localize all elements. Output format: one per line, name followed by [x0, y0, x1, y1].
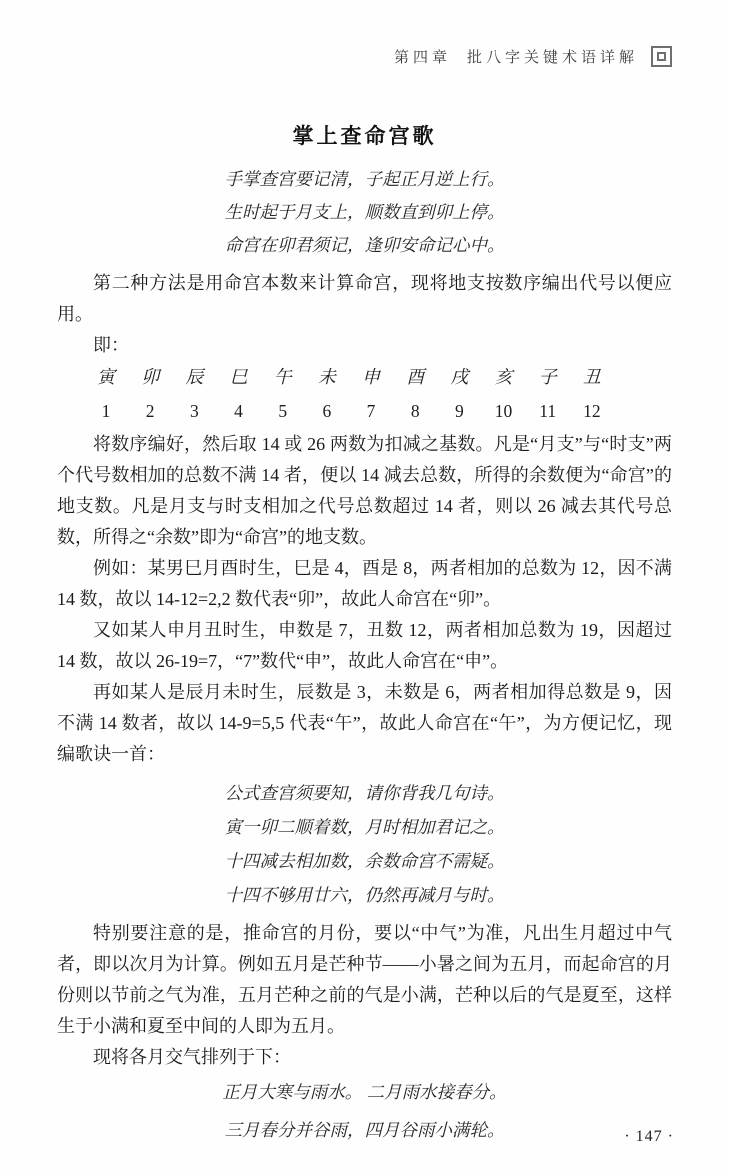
branch-cell: 辰 — [181, 361, 207, 394]
number-cell: 2 — [137, 394, 163, 429]
section-title: 掌上查命宫歌 — [57, 122, 672, 151]
paragraph-base-numbers: 将数序编好，然后取 14 或 26 两数为扣减之基数。凡是“月支”与“时支”两个… — [57, 429, 672, 553]
branch-cell: 子 — [535, 361, 561, 394]
branch-cell: 寅 — [93, 361, 119, 394]
number-cell: 6 — [314, 394, 340, 429]
verse-line: 命宫在卯君须记，逢卯安命记心中。 — [57, 229, 672, 262]
verse-line: 十四减去相加数，余数命宫不需疑。 — [57, 844, 672, 878]
branch-cell: 戌 — [446, 361, 472, 394]
branch-cell: 丑 — [579, 361, 605, 394]
number-cell: 12 — [579, 394, 605, 429]
paragraph-second-method: 第二种方法是用命宫本数来计算命宫，现将地支按数序编出代号以便应用。 — [57, 268, 672, 330]
paragraph-example-2: 又如某人申月丑时生，申数是 7，丑数 12，两者相加总数为 19，因超过 14 … — [57, 615, 672, 677]
verse-block-3: 正月大寒与雨水。 二月雨水接春分。 三月春分并谷雨，四月谷雨小满轮。 — [57, 1073, 672, 1149]
running-header: 第四章 批八字关键术语详解 — [57, 45, 672, 67]
number-cell: 8 — [402, 394, 428, 429]
branch-cell: 卯 — [137, 361, 163, 394]
branch-cell: 未 — [314, 361, 340, 394]
paragraph-example-1: 例如：某男巳月酉时生，巳是 4，酉是 8，两者相加的总数为 12，因不满 14 … — [57, 553, 672, 615]
verse-line: 手掌查宫要记清，子起正月逆上行。 — [57, 163, 672, 196]
branch-cell: 午 — [270, 361, 296, 394]
page-number: · 147 · — [624, 1128, 674, 1146]
verse-line: 公式查宫须要知，请你背我几句诗。 — [57, 776, 672, 810]
number-cell: 3 — [181, 394, 207, 429]
verse-line: 生时起于月支上，顺数直到卯上停。 — [57, 196, 672, 229]
branch-row: 寅 卯 辰 巳 午 未 申 酉 戌 亥 子 丑 — [93, 361, 605, 394]
number-cell: 1 — [93, 394, 119, 429]
number-cell: 4 — [226, 394, 252, 429]
number-cell: 5 — [270, 394, 296, 429]
paragraph-example-3: 再如某人是辰月未时生，辰数是 3，未数是 6，两者相加得总数是 9，因不满 14… — [57, 677, 672, 770]
paragraph-namely: 即： — [57, 330, 672, 361]
number-row: 1 2 3 4 5 6 7 8 9 10 11 12 — [93, 394, 605, 429]
chapter-marker-icon-inner — [657, 52, 666, 61]
verse-line: 三月春分并谷雨，四月谷雨小满轮。 — [57, 1111, 672, 1149]
number-cell: 9 — [446, 394, 472, 429]
branch-cell: 申 — [358, 361, 384, 394]
branch-cell: 酉 — [402, 361, 428, 394]
number-cell: 7 — [358, 394, 384, 429]
chapter-marker-icon — [651, 46, 672, 67]
verse-line: 正月大寒与雨水。 二月雨水接春分。 — [57, 1073, 672, 1111]
paragraph-note-zhongqi: 特别要注意的是，推命宫的月份，要以“中气”为准，凡出生月超过中气者，即以次月为计… — [57, 918, 672, 1042]
chapter-label: 第四章 — [394, 46, 451, 67]
running-head-title: 批八字关键术语详解 — [467, 46, 638, 67]
paragraph-list-intro: 现将各月交气排列于下： — [57, 1042, 672, 1073]
verse-line: 十四不够用廿六，仍然再减月与时。 — [57, 878, 672, 912]
verse-block-1: 手掌查宫要记清，子起正月逆上行。 生时起于月支上，顺数直到卯上停。 命宫在卯君须… — [57, 163, 672, 262]
branch-cell: 亥 — [491, 361, 517, 394]
number-cell: 11 — [535, 394, 561, 429]
verse-line: 寅一卯二顺着数，月时相加君记之。 — [57, 810, 672, 844]
branch-number-table: 寅 卯 辰 巳 午 未 申 酉 戌 亥 子 丑 1 2 3 4 5 6 7 8 … — [93, 361, 605, 429]
branch-cell: 巳 — [226, 361, 252, 394]
book-page: 第四章 批八字关键术语详解 掌上查命宫歌 手掌查宫要记清，子起正月逆上行。 生时… — [0, 0, 729, 1174]
number-cell: 10 — [491, 394, 517, 429]
verse-block-2: 公式查宫须要知，请你背我几句诗。 寅一卯二顺着数，月时相加君记之。 十四减去相加… — [57, 776, 672, 912]
